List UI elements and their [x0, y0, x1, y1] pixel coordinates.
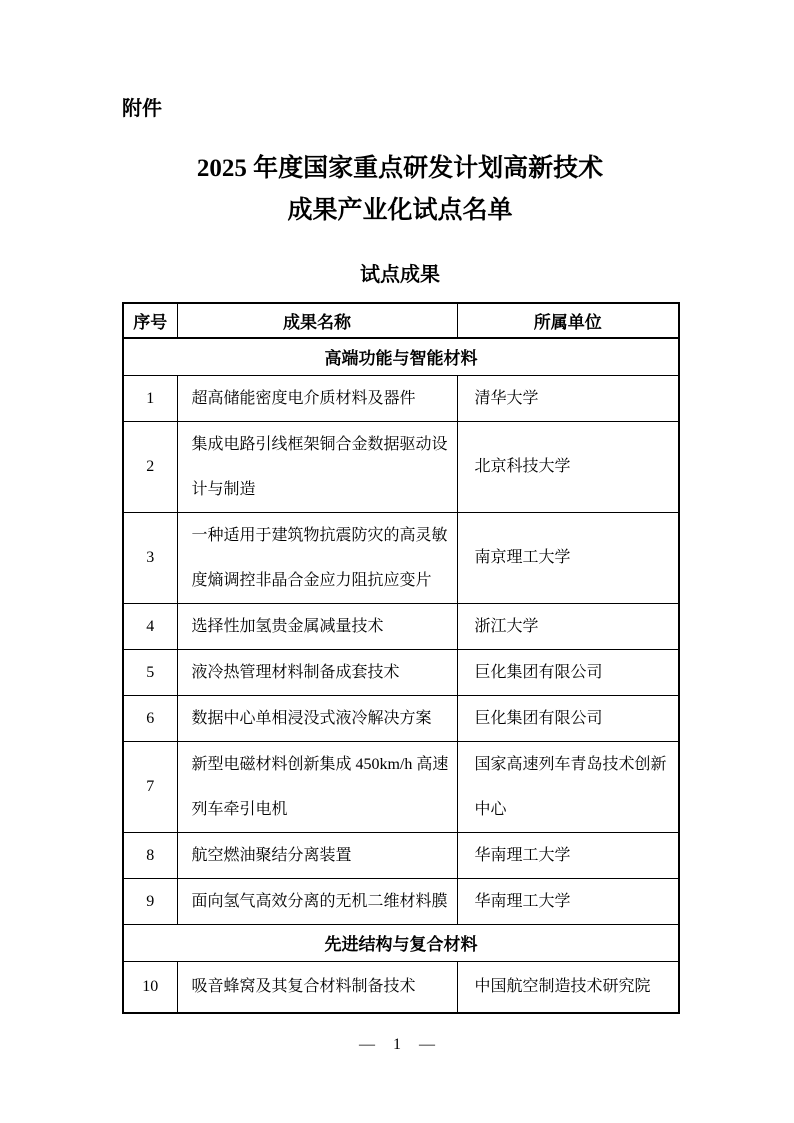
cell-affiliated-unit: 巨化集团有限公司: [457, 695, 679, 741]
cell-affiliated-unit: 巨化集团有限公司: [457, 649, 679, 695]
category-label: 先进结构与复合材料: [123, 924, 679, 961]
document-title: 2025 年度国家重点研发计划高新技术 成果产业化试点名单: [122, 148, 678, 232]
cell-index: 10: [123, 961, 177, 1013]
table-body: 高端功能与智能材料1超高储能密度电介质材料及器件清华大学2集成电路引线框架铜合金…: [123, 338, 679, 1013]
category-row: 先进结构与复合材料: [123, 924, 679, 961]
cell-index: 7: [123, 741, 177, 832]
cell-achievement-name: 面向氢气高效分离的无机二维材料膜: [177, 878, 457, 924]
cell-affiliated-unit: 浙江大学: [457, 603, 679, 649]
table-row: 5液冷热管理材料制备成套技术巨化集团有限公司: [123, 649, 679, 695]
cell-index: 5: [123, 649, 177, 695]
cell-affiliated-unit: 国家高速列车青岛技术创新中心: [457, 741, 679, 832]
attachment-label: 附件: [122, 96, 678, 122]
cell-achievement-name: 集成电路引线框架铜合金数据驱动设计与制造: [177, 421, 457, 512]
cell-index: 9: [123, 878, 177, 924]
cell-affiliated-unit: 华南理工大学: [457, 878, 679, 924]
table-row: 8航空燃油聚结分离装置华南理工大学: [123, 832, 679, 878]
table-row: 1超高储能密度电介质材料及器件清华大学: [123, 375, 679, 421]
table-header-row: 序号 成果名称 所属单位: [123, 303, 679, 338]
cell-affiliated-unit: 南京理工大学: [457, 512, 679, 603]
table-row: 4选择性加氢贵金属减量技术浙江大学: [123, 603, 679, 649]
table-caption: 试点成果: [122, 262, 678, 288]
cell-index: 6: [123, 695, 177, 741]
cell-affiliated-unit: 清华大学: [457, 375, 679, 421]
document-page: 附件 2025 年度国家重点研发计划高新技术 成果产业化试点名单 试点成果 序号…: [0, 0, 794, 1123]
cell-achievement-name: 新型电磁材料创新集成 450km/h 高速列车牵引电机: [177, 741, 457, 832]
document-title-line-1: 2025 年度国家重点研发计划高新技术: [122, 148, 678, 190]
table-row: 7新型电磁材料创新集成 450km/h 高速列车牵引电机国家高速列车青岛技术创新…: [123, 741, 679, 832]
column-header-achievement-name: 成果名称: [177, 303, 457, 338]
page-number: — 1 —: [0, 1036, 794, 1054]
cell-index: 2: [123, 421, 177, 512]
cell-index: 3: [123, 512, 177, 603]
cell-achievement-name: 数据中心单相浸没式液冷解决方案: [177, 695, 457, 741]
table-row: 6数据中心单相浸没式液冷解决方案巨化集团有限公司: [123, 695, 679, 741]
cell-index: 4: [123, 603, 177, 649]
table-row: 9面向氢气高效分离的无机二维材料膜华南理工大学: [123, 878, 679, 924]
cell-index: 8: [123, 832, 177, 878]
cell-achievement-name: 一种适用于建筑物抗震防灾的高灵敏度熵调控非晶合金应力阻抗应变片: [177, 512, 457, 603]
table-row: 10吸音蜂窝及其复合材料制备技术中国航空制造技术研究院: [123, 961, 679, 1013]
cell-affiliated-unit: 北京科技大学: [457, 421, 679, 512]
pilot-results-table: 序号 成果名称 所属单位 高端功能与智能材料1超高储能密度电介质材料及器件清华大…: [122, 302, 680, 1014]
cell-affiliated-unit: 中国航空制造技术研究院: [457, 961, 679, 1013]
column-header-index: 序号: [123, 303, 177, 338]
cell-achievement-name: 航空燃油聚结分离装置: [177, 832, 457, 878]
category-label: 高端功能与智能材料: [123, 338, 679, 375]
table-row: 3一种适用于建筑物抗震防灾的高灵敏度熵调控非晶合金应力阻抗应变片南京理工大学: [123, 512, 679, 603]
table-row: 2集成电路引线框架铜合金数据驱动设计与制造北京科技大学: [123, 421, 679, 512]
column-header-affiliated-unit: 所属单位: [457, 303, 679, 338]
cell-achievement-name: 选择性加氢贵金属减量技术: [177, 603, 457, 649]
cell-achievement-name: 吸音蜂窝及其复合材料制备技术: [177, 961, 457, 1013]
cell-index: 1: [123, 375, 177, 421]
cell-affiliated-unit: 华南理工大学: [457, 832, 679, 878]
cell-achievement-name: 超高储能密度电介质材料及器件: [177, 375, 457, 421]
cell-achievement-name: 液冷热管理材料制备成套技术: [177, 649, 457, 695]
category-row: 高端功能与智能材料: [123, 338, 679, 375]
document-title-line-2: 成果产业化试点名单: [122, 190, 678, 232]
